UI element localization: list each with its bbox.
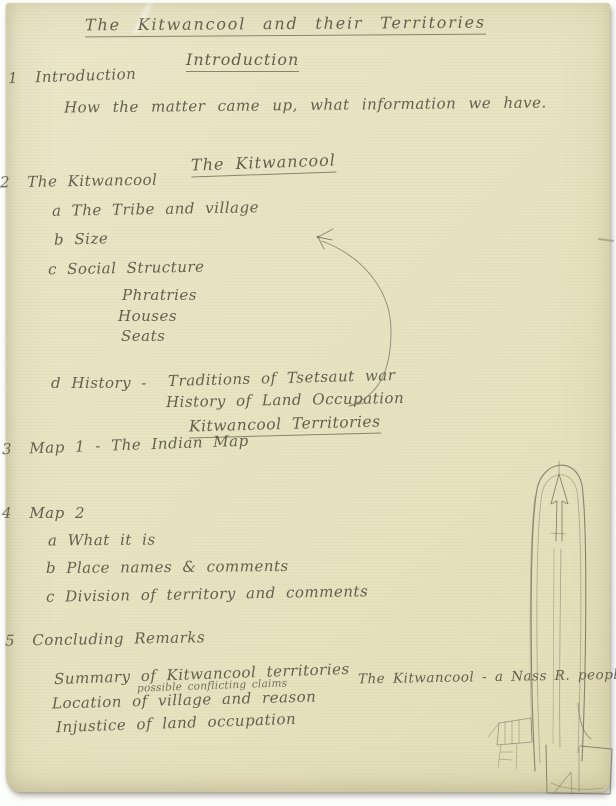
outline-item-2: 2 The Kitwancool xyxy=(0,171,158,192)
item-4c: c Division of territory and comments xyxy=(46,582,368,606)
intro-heading: Introduction xyxy=(186,50,299,72)
item-number: 4 xyxy=(2,504,12,522)
item-2b: b Size xyxy=(54,229,109,248)
intro-note: How the matter came up, what information… xyxy=(64,93,547,116)
scanned-document: The Kitwancool and their Territories Int… xyxy=(0,0,616,806)
totem-pole-sketch xyxy=(455,441,616,801)
item-number: 5 xyxy=(5,632,15,650)
outline-item-5: 5 Concluding Remarks xyxy=(5,628,205,649)
item-number: 2 xyxy=(0,173,10,191)
outline-item-4: 4 Map 2 xyxy=(2,504,85,522)
outline-item-1: 1 Introduction xyxy=(8,65,137,87)
item-2c-sub-phratries: Phratries xyxy=(122,286,197,304)
item-2c-sub-houses: Houses xyxy=(118,307,177,325)
concluding-line-3: Injustice of land occupation xyxy=(56,710,297,736)
item-4b: b Place names & comments xyxy=(46,557,289,577)
paper-crease-right xyxy=(598,238,614,242)
item-2c-sub-seats: Seats xyxy=(121,327,165,345)
item-2c: c Social Structure xyxy=(48,258,205,279)
item-2a: a The Tribe and village xyxy=(52,198,259,220)
concluding-line-2: Location of village and reason xyxy=(52,688,317,713)
item-label: Introduction xyxy=(35,65,137,87)
curved-arrow-sketch xyxy=(278,215,418,420)
item-4a: a What it is xyxy=(48,531,156,550)
item-2d: d History - xyxy=(51,374,147,392)
outline-item-3: 3 Map 1 - The Indian Map xyxy=(2,432,249,459)
item-label: Concluding Remarks xyxy=(32,628,205,649)
item-number: 1 xyxy=(8,69,19,87)
kitwancool-heading: The Kitwancool xyxy=(191,150,337,177)
item-label: The Kitwancool xyxy=(27,171,157,191)
page-title: The Kitwancool and their Territories xyxy=(85,13,486,38)
item-label: Map 1 - The Indian Map xyxy=(29,432,249,458)
item-label: Map 2 xyxy=(29,504,85,522)
manuscript-page: The Kitwancool and their Territories Int… xyxy=(6,3,610,792)
item-number: 3 xyxy=(2,440,13,458)
